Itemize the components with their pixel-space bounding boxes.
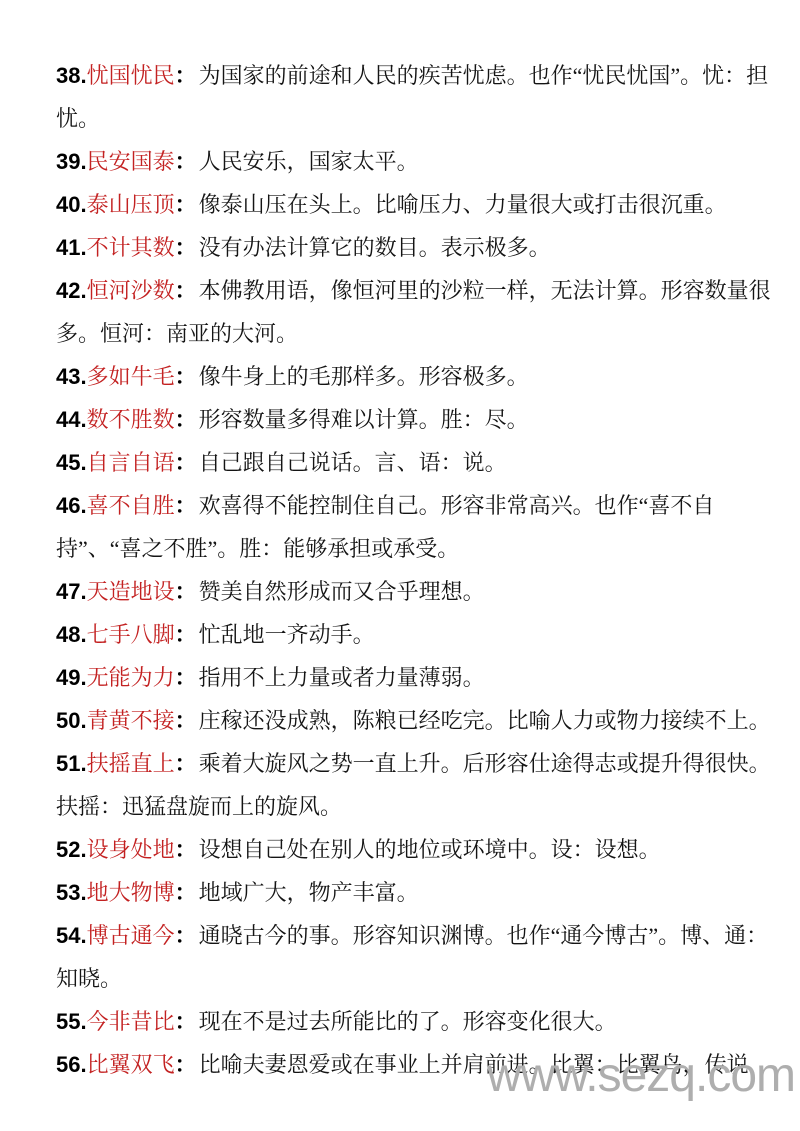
entry-idiom: 自言自语 <box>87 450 175 475</box>
entry-number: 51. <box>56 751 87 776</box>
entry-separator: ： <box>175 450 197 475</box>
entry-separator: ： <box>175 708 197 733</box>
entry-idiom: 比翼双飞 <box>87 1052 175 1077</box>
idiom-entry: 51.扶摇直上：乘着大旋风之势一直上升。后形容仕途得志或提升得很快。扶摇：迅猛盘… <box>56 742 778 828</box>
entry-idiom: 恒河沙数 <box>87 278 175 303</box>
entry-separator: ： <box>175 1052 197 1077</box>
watermark-text: www.sezq.com <box>487 1052 795 1100</box>
entry-idiom: 今非昔比 <box>87 1009 175 1034</box>
entry-number: 53. <box>56 880 87 905</box>
entry-number: 42. <box>56 278 87 303</box>
entry-idiom: 数不胜数 <box>87 407 175 432</box>
entry-idiom: 民安国泰 <box>87 149 175 174</box>
entry-separator: ： <box>175 493 197 518</box>
entry-definition: 自己跟自己说话。言、语：说。 <box>199 450 507 475</box>
idiom-entry: 43.多如牛毛：像牛身上的毛那样多。形容极多。 <box>56 355 778 398</box>
entry-separator: ： <box>175 579 197 604</box>
idiom-entry: 47.天造地设：赞美自然形成而又合乎理想。 <box>56 570 778 613</box>
entry-number: 54. <box>56 923 87 948</box>
entry-number: 44. <box>56 407 87 432</box>
entry-number: 45. <box>56 450 87 475</box>
entry-definition: 形容数量多得难以计算。胜：尽。 <box>199 407 529 432</box>
entry-separator: ： <box>175 1009 197 1034</box>
entry-idiom: 喜不自胜 <box>87 493 175 518</box>
idiom-entry: 44.数不胜数：形容数量多得难以计算。胜：尽。 <box>56 398 778 441</box>
entry-definition: 忙乱地一齐动手。 <box>199 622 375 647</box>
entry-separator: ： <box>175 235 197 260</box>
entry-idiom: 扶摇直上 <box>87 751 175 776</box>
entry-separator: ： <box>175 665 197 690</box>
entry-separator: ： <box>175 622 197 647</box>
entry-separator: ： <box>175 407 197 432</box>
entry-idiom: 不计其数 <box>87 235 175 260</box>
entry-number: 38. <box>56 63 87 88</box>
idiom-entry: 54.博古通今：通晓古今的事。形容知识渊博。也作“通今博古”。博、通：知晓。 <box>56 914 778 1000</box>
entry-separator: ： <box>175 364 197 389</box>
document-page: 38.忧国忧民：为国家的前途和人民的疾苦忧虑。也作“忧民忧国”。忧：担忧。 39… <box>0 0 800 1131</box>
entry-separator: ： <box>175 192 197 217</box>
entry-number: 41. <box>56 235 87 260</box>
idiom-entry: 42.恒河沙数：本佛教用语，像恒河里的沙粒一样，无法计算。形容数量很多。恒河：南… <box>56 269 778 355</box>
entry-number: 47. <box>56 579 87 604</box>
idiom-entry: 55.今非昔比：现在不是过去所能比的了。形容变化很大。 <box>56 1000 778 1043</box>
entry-idiom: 设身处地 <box>87 837 175 862</box>
entry-separator: ： <box>175 751 197 776</box>
idiom-entry: 48.七手八脚：忙乱地一齐动手。 <box>56 613 778 656</box>
entry-number: 49. <box>56 665 87 690</box>
entry-number: 55. <box>56 1009 87 1034</box>
idiom-entry: 39.民安国泰：人民安乐，国家太平。 <box>56 140 778 183</box>
idiom-entry: 52.设身处地：设想自己处在别人的地位或环境中。设：设想。 <box>56 828 778 871</box>
idiom-entry: 53.地大物博：地域广大，物产丰富。 <box>56 871 778 914</box>
entry-definition: 现在不是过去所能比的了。形容变化很大。 <box>199 1009 617 1034</box>
entry-separator: ： <box>175 63 197 88</box>
entry-idiom: 七手八脚 <box>87 622 175 647</box>
entry-idiom: 天造地设 <box>87 579 175 604</box>
idiom-entry: 46.喜不自胜：欢喜得不能控制住自己。形容非常高兴。也作“喜不自持”、“喜之不胜… <box>56 484 778 570</box>
entry-number: 56. <box>56 1052 87 1077</box>
entry-definition: 指用不上力量或者力量薄弱。 <box>199 665 485 690</box>
idiom-entry: 45.自言自语：自己跟自己说话。言、语：说。 <box>56 441 778 484</box>
entry-definition: 赞美自然形成而又合乎理想。 <box>199 579 485 604</box>
entry-separator: ： <box>175 837 197 862</box>
entry-definition: 设想自己处在别人的地位或环境中。设：设想。 <box>199 837 661 862</box>
entry-definition: 庄稼还没成熟，陈粮已经吃完。比喻人力或物力接续不上。 <box>199 708 771 733</box>
entry-number: 50. <box>56 708 87 733</box>
entry-idiom: 无能为力 <box>87 665 175 690</box>
entry-definition: 像牛身上的毛那样多。形容极多。 <box>199 364 529 389</box>
entry-number: 46. <box>56 493 87 518</box>
entry-separator: ： <box>175 278 197 303</box>
entry-definition: 没有办法计算它的数目。表示极多。 <box>199 235 551 260</box>
entry-idiom: 青黄不接 <box>87 708 175 733</box>
entry-separator: ： <box>175 923 197 948</box>
idiom-entry: 49.无能为力：指用不上力量或者力量薄弱。 <box>56 656 778 699</box>
entry-number: 52. <box>56 837 87 862</box>
entry-idiom: 地大物博 <box>87 880 175 905</box>
idiom-entry: 50.青黄不接：庄稼还没成熟，陈粮已经吃完。比喻人力或物力接续不上。 <box>56 699 778 742</box>
entry-separator: ： <box>175 149 197 174</box>
entry-separator: ： <box>175 880 197 905</box>
entry-number: 40. <box>56 192 87 217</box>
idiom-list: 38.忧国忧民：为国家的前途和人民的疾苦忧虑。也作“忧民忧国”。忧：担忧。 39… <box>56 54 778 1086</box>
entry-number: 43. <box>56 364 87 389</box>
idiom-entry: 40.泰山压顶：像泰山压在头上。比喻压力、力量很大或打击很沉重。 <box>56 183 778 226</box>
entry-number: 39. <box>56 149 87 174</box>
idiom-entry: 38.忧国忧民：为国家的前途和人民的疾苦忧虑。也作“忧民忧国”。忧：担忧。 <box>56 54 778 140</box>
entry-number: 48. <box>56 622 87 647</box>
entry-idiom: 忧国忧民 <box>87 63 175 88</box>
entry-definition: 像泰山压在头上。比喻压力、力量很大或打击很沉重。 <box>199 192 727 217</box>
entry-definition: 地域广大，物产丰富。 <box>199 880 419 905</box>
entry-definition: 人民安乐，国家太平。 <box>199 149 419 174</box>
entry-idiom: 泰山压顶 <box>87 192 175 217</box>
idiom-entry: 41.不计其数：没有办法计算它的数目。表示极多。 <box>56 226 778 269</box>
entry-idiom: 博古通今 <box>87 923 175 948</box>
entry-idiom: 多如牛毛 <box>87 364 175 389</box>
